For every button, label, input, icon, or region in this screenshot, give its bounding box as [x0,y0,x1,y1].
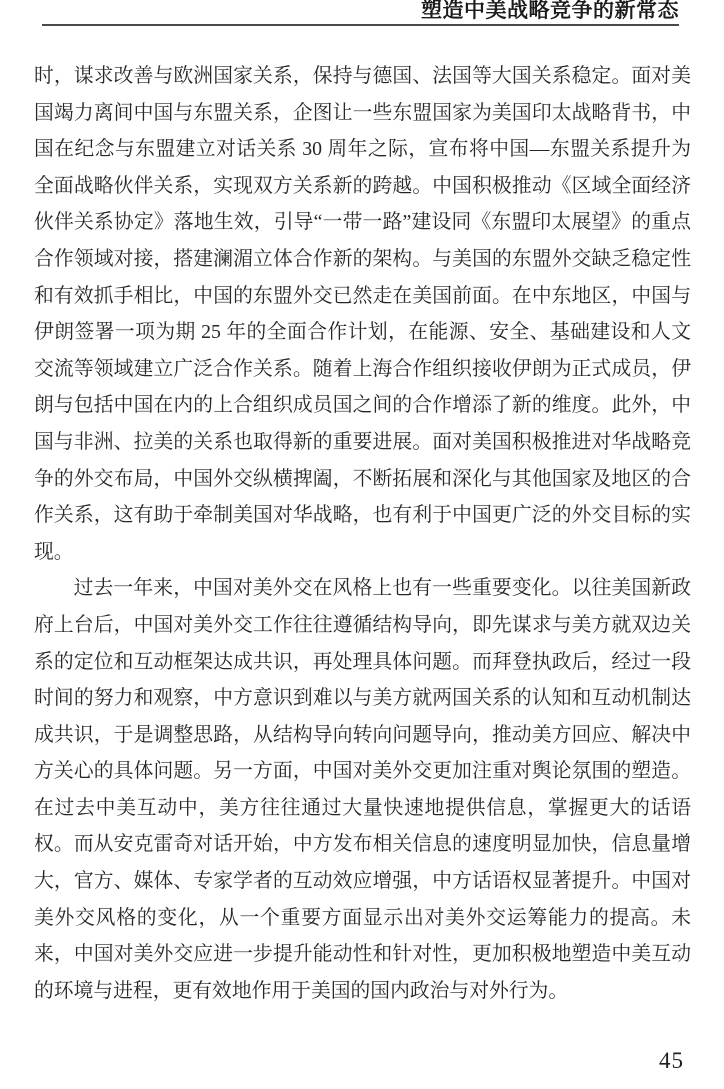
page-body: 时，谋求改善与欧洲国家关系，保持与德国、法国等大国关系稳定。面对美国竭力离间中国… [34,58,691,1009]
body-paragraph-2: 过去一年来，中国对美外交在风格上也有一些重要变化。以往美国新政府上台后，中国对美… [34,570,691,1009]
header-rule [42,24,679,26]
running-header: 塑造中美战略竞争的新常态 [42,0,679,26]
page-footer: 45 [659,1048,684,1074]
document-page: 塑造中美战略竞争的新常态 时，谋求改善与欧洲国家关系，保持与德国、法国等大国关系… [0,0,724,1089]
body-paragraph-1: 时，谋求改善与欧洲国家关系，保持与德国、法国等大国关系稳定。面对美国竭力离间中国… [34,58,691,570]
page-number: 45 [659,1048,684,1073]
running-header-title: 塑造中美战略竞争的新常态 [42,0,679,22]
